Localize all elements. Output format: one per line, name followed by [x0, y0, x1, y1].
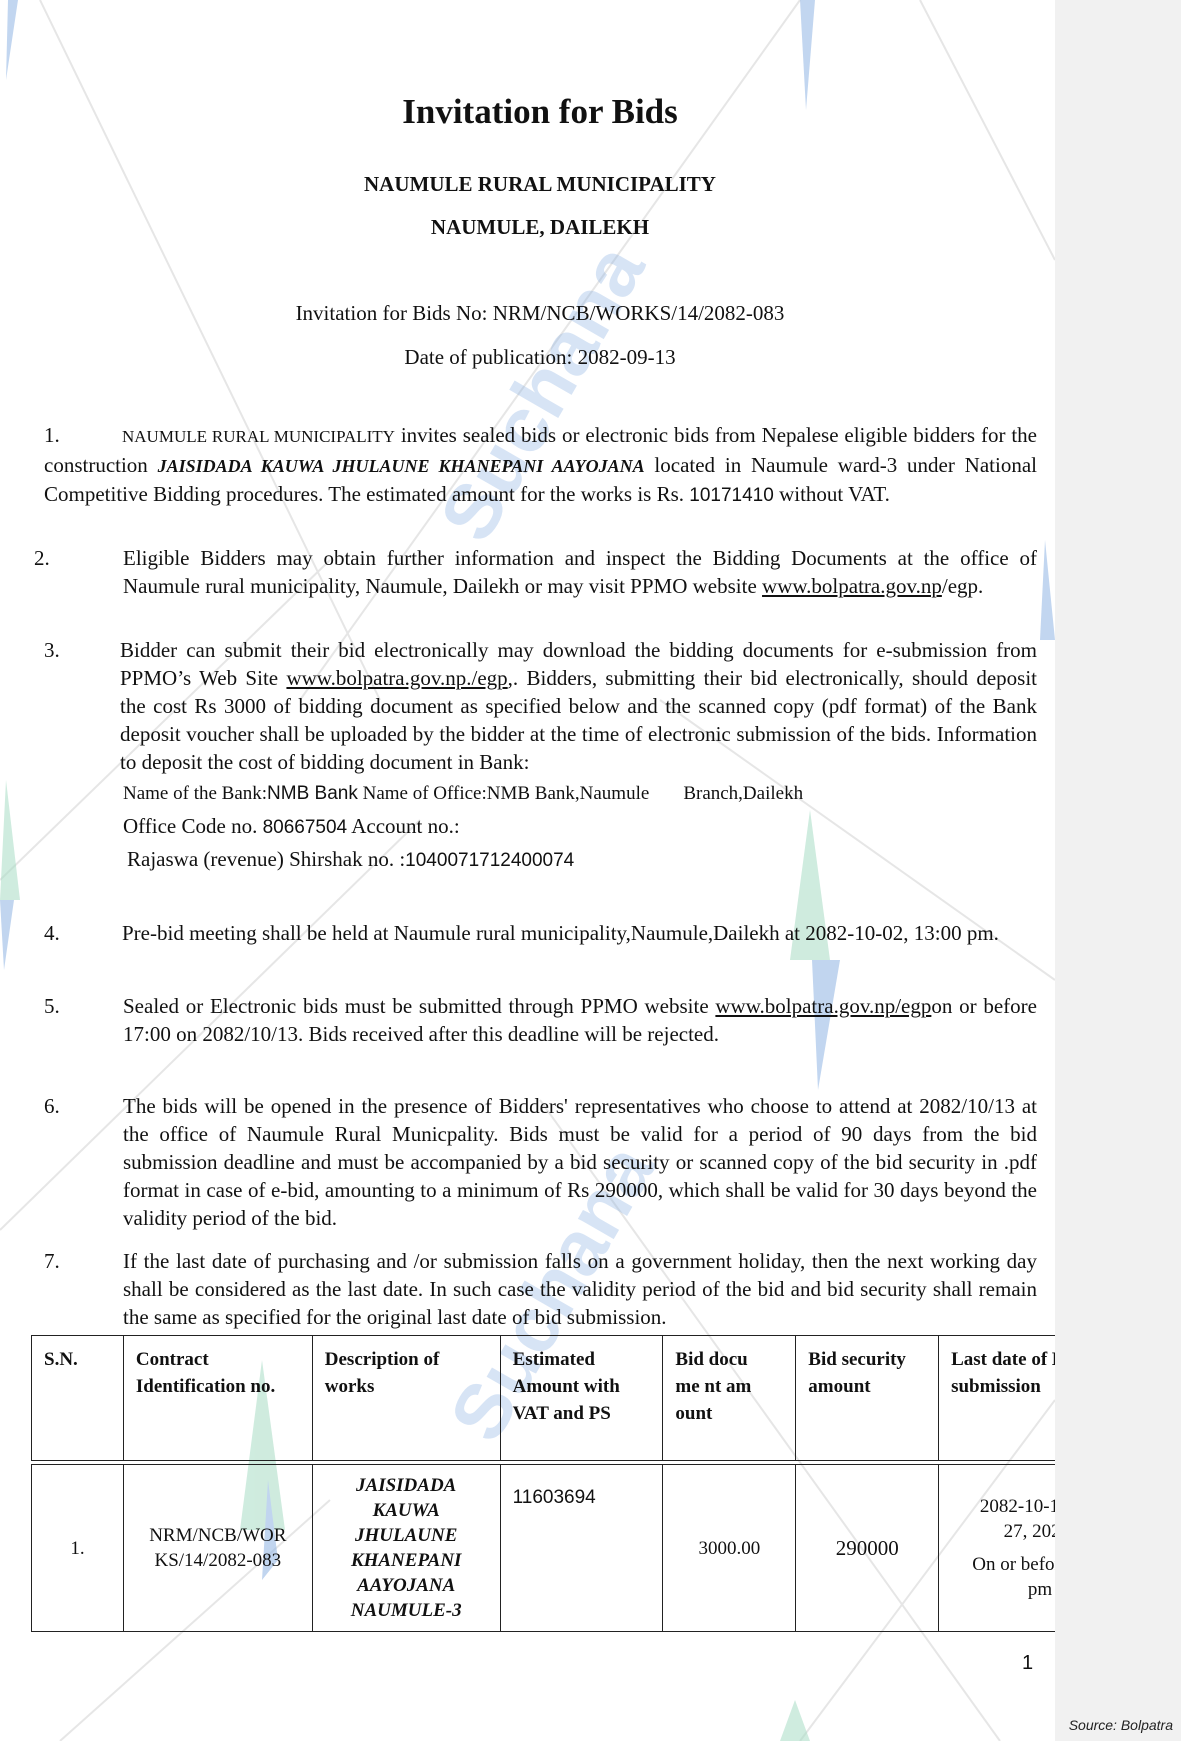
paragraph-1: 1.NAUMULE RURAL MUNICIPALITY invites sea…	[44, 421, 1037, 510]
office-name: Name of Office:NMB Bank,Naumule	[358, 783, 649, 804]
header-sn: S.N.	[32, 1336, 124, 1461]
revenue-label: Rajaswa (revenue) Shirshak no. :	[127, 847, 405, 871]
header-contract-id: Contract Identification no.	[123, 1336, 312, 1461]
page-number: 1	[1022, 1652, 1033, 1675]
paragraph-number: 7.	[44, 1247, 60, 1275]
ifb-number: Invitation for Bids No: NRM/NCB/WORKS/14…	[0, 301, 1055, 326]
cell-contract-id: NRM/NCB/WORKS/14/2082-083	[123, 1465, 312, 1632]
table-row: 1. NRM/NCB/WORKS/14/2082-083 JAISIDADA K…	[32, 1465, 1056, 1632]
bids-table: S.N. Contract Identification no. Descrip…	[31, 1335, 1055, 1632]
paragraph-number: 4.	[44, 919, 122, 947]
paragraph-text: /egp.	[942, 574, 983, 598]
bank-name-line: Name of the Bank:NMB Bank Name of Office…	[123, 783, 803, 805]
cell-bid-security-amount: 290000	[796, 1465, 939, 1632]
document-page: Suchana Suchana Invitation for Bids NAUM…	[0, 0, 1055, 1741]
paragraph-number: 2.	[34, 544, 50, 572]
header-last-date: Last date of Bid submission	[939, 1336, 1055, 1461]
paragraph-6: The bids will be opened in the presence …	[123, 1092, 1037, 1232]
organization-name: NAUMULE RURAL MUNICIPALITY	[0, 172, 1055, 197]
estimated-amount: 10171410	[689, 485, 774, 506]
org-inline: NAUMULE RURAL MUNICIPALITY	[122, 427, 395, 446]
project-name: JAISIDADA KAUWA JHULAUNE KHANEPANI AAYOJ…	[158, 456, 645, 476]
bolpatra-egp-link[interactable]: www.bolpatra.gov.np/egp	[715, 994, 931, 1018]
document-title: Invitation for Bids	[0, 92, 1055, 132]
office-code-label: Office Code no.	[123, 814, 263, 838]
office-branch: Branch,Dailekh	[683, 783, 803, 804]
paragraph-4: 4.Pre-bid meeting shall be held at Naumu…	[44, 919, 1037, 947]
paragraph-text: Sealed or Electronic bids must be submit…	[123, 994, 715, 1018]
header-text: Bid docume nt amount	[675, 1346, 755, 1427]
cell-description: JAISIDADA KAUWA JHULAUNE KHANEPANI AAYOJ…	[312, 1465, 500, 1632]
bank-label: Name of the Bank:	[123, 783, 267, 804]
office-code: 80667504	[263, 817, 348, 838]
paragraph-2: Eligible Bidders may obtain further info…	[123, 544, 1037, 600]
description-text: JAISIDADA KAUWA JHULAUNE KHANEPANI AAYOJ…	[341, 1473, 471, 1623]
table-header-row: S.N. Contract Identification no. Descrip…	[32, 1336, 1056, 1461]
paragraph-3: Bidder can submit their bid electronical…	[120, 636, 1037, 776]
source-caption: Source: Bolpatra	[1069, 1717, 1173, 1733]
last-date: 2082-10-13(Jan 27, 2026)	[970, 1494, 1055, 1544]
contract-id-text: NRM/NCB/WORKS/14/2082-083	[143, 1523, 293, 1573]
revenue-line: Rajaswa (revenue) Shirshak no. :10400717…	[127, 847, 574, 872]
paragraph-7: If the last date of purchasing and /or s…	[123, 1247, 1037, 1331]
bolpatra-link[interactable]: www.bolpatra.gov.np	[762, 574, 942, 598]
cell-estimated-amount: 11603694	[500, 1465, 663, 1632]
bank-name: NMB Bank	[267, 783, 358, 804]
header-estimated-amount: Estimated Amount with VAT and PS	[500, 1336, 663, 1461]
publication-date: Date of publication: 2082-09-13	[0, 345, 1055, 370]
paragraph-number: 1.	[44, 421, 122, 449]
last-time: On or before 5:00 pm	[965, 1552, 1055, 1602]
paragraph-5: Sealed or Electronic bids must be submit…	[123, 992, 1037, 1048]
paragraph-text: without VAT.	[774, 482, 890, 506]
office-code-line: Office Code no. 80667504 Account no.:	[123, 814, 460, 839]
organization-location: NAUMULE, DAILEKH	[0, 215, 1055, 240]
paragraph-number: 3.	[44, 636, 60, 664]
ppmo-egp-link[interactable]: www.bolpatra.gov.np./egp	[286, 666, 507, 690]
side-margin	[1055, 0, 1181, 1741]
cell-sn: 1.	[32, 1465, 124, 1632]
cell-last-date: 2082-10-13(Jan 27, 2026) On or before 5:…	[939, 1465, 1055, 1632]
paragraph-number: 6.	[44, 1092, 60, 1120]
cell-bid-document-amount: 3000.00	[663, 1465, 796, 1632]
header-bid-security: Bid security amount	[796, 1336, 939, 1461]
header-description: Description of works	[312, 1336, 500, 1461]
paragraph-number: 5.	[44, 992, 60, 1020]
paragraph-text: Pre-bid meeting shall be held at Naumule…	[122, 921, 999, 945]
revenue-number: 1040071712400074	[405, 850, 574, 871]
header-bid-document-amount: Bid docume nt amount	[663, 1336, 796, 1461]
account-label: Account no.:	[347, 814, 460, 838]
